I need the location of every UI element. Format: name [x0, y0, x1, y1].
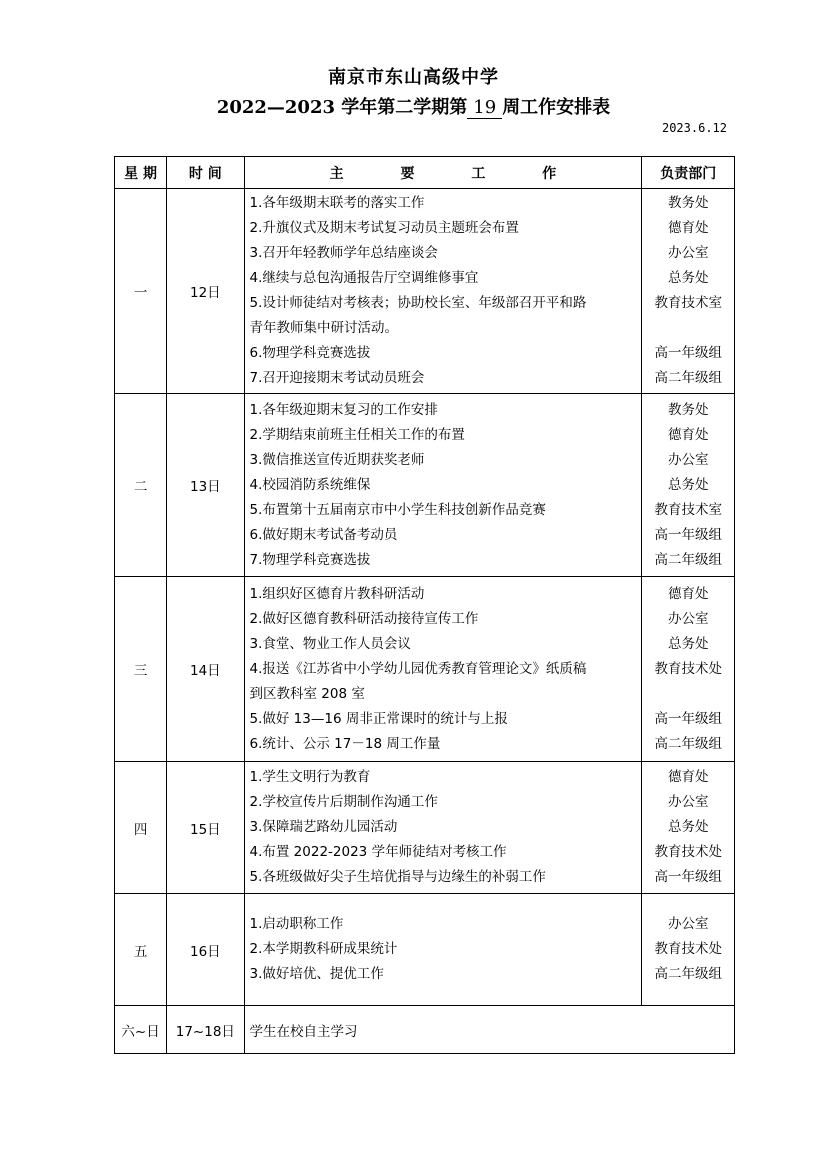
table-row: 二13日1.各年级迎期末复习的工作安排2.学期结束前班主任相关工作的布置3.微信…	[115, 394, 735, 577]
date-cell: 17~18日	[167, 1006, 244, 1054]
work-item: 4.报送《江苏省中小学幼儿园优秀教育管理论文》纸质稿	[250, 657, 642, 682]
col-time: 时 间	[167, 157, 244, 189]
department-name: 高一年级组	[642, 341, 734, 366]
department-name: 总务处	[642, 632, 734, 657]
department-name: 总务处	[642, 473, 734, 498]
table-row: 四15日1.学生文明行为教育2.学校宣传片后期制作沟通工作3.保障瑞艺路幼儿园活…	[115, 762, 735, 894]
schedule-title: 2022—2023 学年第二学期第19周工作安排表	[0, 93, 827, 119]
table-row: 三14日1.组织好区德育片教科研活动2.做好区德育教科研活动接待宣传工作3.食堂…	[115, 577, 735, 762]
department-name: 教育技术室	[642, 291, 734, 316]
date-cell: 12日	[167, 189, 244, 394]
work-item: 2.升旗仪式及期末考试复习动员主题班会布置	[250, 216, 642, 241]
work-item: 5.布置第十五届南京市中小学生科技创新作品竞赛	[250, 498, 642, 523]
department-name: 高一年级组	[642, 523, 734, 548]
department-cell: 德育处办公室总务处教育技术处高一年级组高二年级组	[642, 577, 735, 762]
department-cell: 教务处德育处办公室总务处教育技术室高一年级组高二年级组	[642, 189, 735, 394]
weekday-cell: 一	[115, 189, 167, 394]
department-cell: 教务处德育处办公室总务处教育技术室高一年级组高二年级组	[642, 394, 735, 577]
work-items-cell: 1.学生文明行为教育2.学校宣传片后期制作沟通工作3.保障瑞艺路幼儿园活动4.布…	[244, 762, 642, 894]
work-item: 5.做好 13—16 周非正常课时的统计与上报	[250, 707, 642, 732]
document-date: 2023.6.12	[662, 121, 727, 135]
department-name: 总务处	[642, 266, 734, 291]
work-item: 2.做好区德育教科研活动接待宣传工作	[250, 607, 642, 632]
work-item: 5.各班级做好尖子生培优指导与边缘生的补弱工作	[250, 865, 642, 890]
department-name: 办公室	[642, 448, 734, 473]
work-item: 7.物理学科竞赛选拔	[250, 548, 642, 573]
work-item: 2.学期结束前班主任相关工作的布置	[250, 423, 642, 448]
department-name: 高二年级组	[642, 548, 734, 573]
department-name: 高一年级组	[642, 865, 734, 890]
work-item: 3.保障瑞艺路幼儿园活动	[250, 815, 642, 840]
department-name: 高一年级组	[642, 707, 734, 732]
department-name: 教育技术室	[642, 498, 734, 523]
work-item: 6.物理学科竞赛选拔	[250, 341, 642, 366]
date-cell: 14日	[167, 577, 244, 762]
department-name: 办公室	[642, 790, 734, 815]
department-name: 德育处	[642, 582, 734, 607]
work-item: 1.各年级期末联考的落实工作	[250, 191, 642, 216]
work-items-cell: 1.各年级迎期末复习的工作安排2.学期结束前班主任相关工作的布置3.微信推送宣传…	[244, 394, 642, 577]
table-row: 一12日1.各年级期末联考的落实工作2.升旗仪式及期末考试复习动员主题班会布置3…	[115, 189, 735, 394]
department-name: 德育处	[642, 765, 734, 790]
work-item: 4.布置 2022-2023 学年师徒结对考核工作	[250, 840, 642, 865]
department-name	[642, 682, 734, 707]
work-item: 3.食堂、物业工作人员会议	[250, 632, 642, 657]
department-name: 办公室	[642, 241, 734, 266]
weekday-cell: 三	[115, 577, 167, 762]
department-name: 总务处	[642, 815, 734, 840]
title-suffix: 周工作安排表	[502, 97, 610, 118]
work-item: 1.各年级迎期末复习的工作安排	[250, 398, 642, 423]
department-name: 教务处	[642, 191, 734, 216]
work-item: 2.本学期教科研成果统计	[250, 937, 642, 962]
work-item: 1.学生文明行为教育	[250, 765, 642, 790]
work-item: 4.校园消防系统维保	[250, 473, 642, 498]
department-name: 德育处	[642, 216, 734, 241]
col-main-work: 主 要 工 作	[244, 157, 642, 189]
date-cell: 15日	[167, 762, 244, 894]
department-name: 办公室	[642, 607, 734, 632]
work-items-cell: 1.启动职称工作2.本学期教科研成果统计3.做好培优、提优工作	[244, 894, 642, 1006]
schedule-table: 星 期 时 间 主 要 工 作 负责部门 一12日1.各年级期末联考的落实工作2…	[114, 156, 735, 1054]
work-item: 4.继续与总包沟通报告厅空调维修事宜	[250, 266, 642, 291]
work-item: 青年教师集中研讨活动。	[250, 316, 642, 341]
work-item: 2.学校宣传片后期制作沟通工作	[250, 790, 642, 815]
date-cell: 16日	[167, 894, 244, 1006]
table-header-row: 星 期 时 间 主 要 工 作 负责部门	[115, 157, 735, 189]
week-number: 19	[467, 98, 502, 119]
title-prefix: 2022—2023 学年第二学期第	[217, 97, 467, 118]
date-cell: 13日	[167, 394, 244, 577]
department-name: 德育处	[642, 423, 734, 448]
department-cell: 德育处办公室总务处教育技术处高一年级组	[642, 762, 735, 894]
work-item: 3.召开年轻教师学年总结座谈会	[250, 241, 642, 266]
department-name: 办公室	[642, 912, 734, 937]
work-item: 3.微信推送宣传近期获奖老师	[250, 448, 642, 473]
work-item: 1.启动职称工作	[250, 912, 642, 937]
school-name: 南京市东山高级中学	[0, 63, 827, 89]
weekday-cell: 二	[115, 394, 167, 577]
work-items-cell: 学生在校自主学习	[244, 1006, 734, 1054]
weekday-cell: 五	[115, 894, 167, 1006]
col-weekday: 星 期	[115, 157, 167, 189]
work-item: 7.召开迎接期末考试动员班会	[250, 366, 642, 391]
work-item: 6.统计、公示 17－18 周工作量	[250, 732, 642, 757]
work-item: 3.做好培优、提优工作	[250, 962, 642, 987]
work-item: 到区教科室 208 室	[250, 682, 642, 707]
department-name: 教育技术处	[642, 937, 734, 962]
department-name: 高二年级组	[642, 366, 734, 391]
work-items-cell: 1.各年级期末联考的落实工作2.升旗仪式及期末考试复习动员主题班会布置3.召开年…	[244, 189, 642, 394]
department-name: 教务处	[642, 398, 734, 423]
work-item: 6.做好期末考试备考动员	[250, 523, 642, 548]
department-name	[642, 316, 734, 341]
department-cell: 办公室教育技术处高二年级组	[642, 894, 735, 1006]
weekday-cell: 六~日	[115, 1006, 167, 1054]
col-department: 负责部门	[642, 157, 735, 189]
department-name: 教育技术处	[642, 657, 734, 682]
department-name: 高二年级组	[642, 732, 734, 757]
work-item: 5.设计师徒结对考核表；协助校长室、年级部召开平和路	[250, 291, 642, 316]
work-item: 1.组织好区德育片教科研活动	[250, 582, 642, 607]
table-row-weekend: 六~日17~18日学生在校自主学习	[115, 1006, 735, 1054]
table-row: 五16日1.启动职称工作2.本学期教科研成果统计3.做好培优、提优工作办公室教育…	[115, 894, 735, 1006]
department-name: 高二年级组	[642, 962, 734, 987]
department-name: 教育技术处	[642, 840, 734, 865]
weekday-cell: 四	[115, 762, 167, 894]
work-items-cell: 1.组织好区德育片教科研活动2.做好区德育教科研活动接待宣传工作3.食堂、物业工…	[244, 577, 642, 762]
